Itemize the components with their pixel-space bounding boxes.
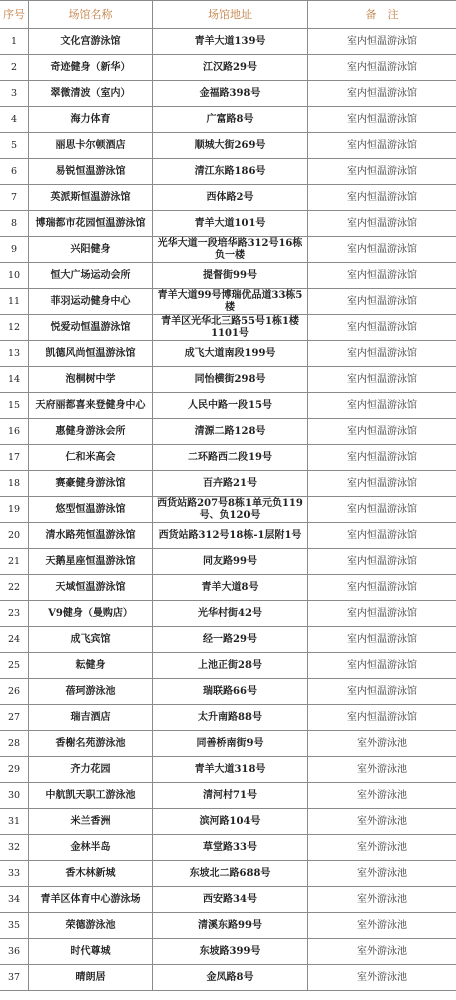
venue-address-cell: 金凤路8号 (153, 965, 308, 991)
table-row: 32金林半岛草堂路33号室外游泳池 (0, 835, 456, 861)
table-row: 35荣德游泳池清溪东路99号室外游泳池 (0, 913, 456, 939)
venue-name-cell: 赛豪健身游泳馆 (29, 471, 153, 497)
row-index: 36 (0, 939, 29, 965)
venue-address-cell: 清源二路128号 (153, 419, 308, 445)
row-index: 29 (0, 757, 29, 783)
venue-name-cell: 金林半岛 (29, 835, 153, 861)
row-index: 34 (0, 887, 29, 913)
row-index: 31 (0, 809, 29, 835)
venue-name-cell: 泡桐树中学 (29, 367, 153, 393)
venue-name-cell: 香木林新城 (29, 861, 153, 887)
note-cell: 室内恒温游泳馆 (308, 653, 456, 679)
venue-address-cell: 瑞联路66号 (153, 679, 308, 705)
venue-name-cell: 天府丽都喜来登健身中心 (29, 393, 153, 419)
table-row: 24成飞宾馆经一路29号室内恒温游泳馆 (0, 627, 456, 653)
note-cell: 室内恒温游泳馆 (308, 445, 456, 471)
venue-address-cell: 光华村街42号 (153, 601, 308, 627)
note-cell: 室内恒温游泳馆 (308, 237, 456, 263)
row-index: 18 (0, 471, 29, 497)
table-row: 14泡桐树中学同怡横街298号室内恒温游泳馆 (0, 367, 456, 393)
header-venue-address: 场馆地址 (153, 1, 308, 29)
venue-name-cell: 瑞吉酒店 (29, 705, 153, 731)
venue-address-cell: 西体路2号 (153, 185, 308, 211)
venue-address-cell: 西货站路312号18栋-1层附1号 (153, 523, 308, 549)
table-row: 21天鹅星座恒温游泳馆同友路99号室内恒温游泳馆 (0, 549, 456, 575)
row-index: 15 (0, 393, 29, 419)
row-index: 27 (0, 705, 29, 731)
table-row: 11菲羽运动健身中心青羊大道99号博瑞优品道33栋5楼室内恒温游泳馆 (0, 289, 456, 315)
venue-address-cell: 滨河路104号 (153, 809, 308, 835)
table-row: 30中航凯天职工游泳池清河村71号室外游泳池 (0, 783, 456, 809)
table-row: 22天域恒温游泳馆青羊大道8号室内恒温游泳馆 (0, 575, 456, 601)
row-index: 26 (0, 679, 29, 705)
venue-address-cell: 金福路398号 (153, 81, 308, 107)
row-index: 7 (0, 185, 29, 211)
table-row: 27瑞吉酒店太升南路88号室内恒温游泳馆 (0, 705, 456, 731)
note-cell: 室内恒温游泳馆 (308, 315, 456, 341)
venue-address-cell: 东坡路399号 (153, 939, 308, 965)
row-index: 4 (0, 107, 29, 133)
note-cell: 室内恒温游泳馆 (308, 419, 456, 445)
venue-name-cell: 耘健身 (29, 653, 153, 679)
header-note: 备 注 (308, 1, 456, 29)
venue-name-cell: 博瑞都市花园恒温游泳馆 (29, 211, 153, 237)
note-cell: 室外游泳池 (308, 809, 456, 835)
note-cell: 室内恒温游泳馆 (308, 107, 456, 133)
note-cell: 室内恒温游泳馆 (308, 627, 456, 653)
table-row: 8博瑞都市花园恒温游泳馆青羊大道101号室内恒温游泳馆 (0, 211, 456, 237)
note-cell: 室内恒温游泳馆 (308, 55, 456, 81)
table-row: 10恒大广场运动会所提督街99号室内恒温游泳馆 (0, 263, 456, 289)
venue-name-cell: 兴阳健身 (29, 237, 153, 263)
table-row: 28香榭名苑游泳池同善桥南街9号室外游泳池 (0, 731, 456, 757)
note-cell: 室外游泳池 (308, 965, 456, 991)
venue-name-cell: 英派斯恒温游泳馆 (29, 185, 153, 211)
row-index: 33 (0, 861, 29, 887)
table-row: 15天府丽都喜来登健身中心人民中路一段15号室内恒温游泳馆 (0, 393, 456, 419)
note-cell: 室外游泳池 (308, 887, 456, 913)
row-index: 23 (0, 601, 29, 627)
venue-name-cell: 蓓珂游泳池 (29, 679, 153, 705)
venue-name-cell: 晴朗居 (29, 965, 153, 991)
table-row: 16惠健身游泳会所清源二路128号室内恒温游泳馆 (0, 419, 456, 445)
row-index: 35 (0, 913, 29, 939)
row-index: 37 (0, 965, 29, 991)
venue-address-cell: 提督街99号 (153, 263, 308, 289)
row-index: 13 (0, 341, 29, 367)
venue-address-cell: 青羊大道101号 (153, 211, 308, 237)
note-cell: 室内恒温游泳馆 (308, 393, 456, 419)
venue-name-cell: 米兰香洲 (29, 809, 153, 835)
table-row: 19悠型恒温游泳馆西货站路207号8栋1单元负119号、负120号室内恒温游泳馆 (0, 497, 456, 523)
venue-address-cell: 青羊区光华北三路55号1栋1楼1101号 (153, 315, 308, 341)
note-cell: 室内恒温游泳馆 (308, 81, 456, 107)
table-row: 36时代尊城东坡路399号室外游泳池 (0, 939, 456, 965)
table-row: 9兴阳健身光华大道一段培华路312号16栋负一楼室内恒温游泳馆 (0, 237, 456, 263)
note-cell: 室内恒温游泳馆 (308, 471, 456, 497)
row-index: 12 (0, 315, 29, 341)
row-index: 11 (0, 289, 29, 315)
note-cell: 室外游泳池 (308, 731, 456, 757)
table-row: 20清水路苑恒温游泳馆西货站路312号18栋-1层附1号室内恒温游泳馆 (0, 523, 456, 549)
venue-address-cell: 人民中路一段15号 (153, 393, 308, 419)
row-index: 9 (0, 237, 29, 263)
venue-name-cell: 海力体育 (29, 107, 153, 133)
row-index: 28 (0, 731, 29, 757)
row-index: 1 (0, 29, 29, 55)
table-row: 29齐力花园青羊大道318号室外游泳池 (0, 757, 456, 783)
table-row: 34青羊区体育中心游泳场西安路34号室外游泳池 (0, 887, 456, 913)
venue-name-cell: 香榭名苑游泳池 (29, 731, 153, 757)
header-row: 序号 场馆名称 场馆地址 备 注 (0, 1, 456, 29)
note-cell: 室内恒温游泳馆 (308, 601, 456, 627)
table-row: 13凯德风尚恒温游泳馆成飞大道南段199号室内恒温游泳馆 (0, 341, 456, 367)
note-cell: 室外游泳池 (308, 939, 456, 965)
table-row: 18赛豪健身游泳馆百卉路21号室内恒温游泳馆 (0, 471, 456, 497)
venue-name-cell: 悦爱动恒温游泳馆 (29, 315, 153, 341)
note-cell: 室内恒温游泳馆 (308, 185, 456, 211)
row-index: 6 (0, 159, 29, 185)
note-cell: 室内恒温游泳馆 (308, 367, 456, 393)
row-index: 20 (0, 523, 29, 549)
note-cell: 室外游泳池 (308, 861, 456, 887)
venue-name-cell: 翠微清波（室内） (29, 81, 153, 107)
row-index: 2 (0, 55, 29, 81)
row-index: 10 (0, 263, 29, 289)
note-cell: 室内恒温游泳馆 (308, 523, 456, 549)
row-index: 16 (0, 419, 29, 445)
table-row: 12悦爱动恒温游泳馆青羊区光华北三路55号1栋1楼1101号室内恒温游泳馆 (0, 315, 456, 341)
row-index: 8 (0, 211, 29, 237)
venue-name-cell: 清水路苑恒温游泳馆 (29, 523, 153, 549)
venue-address-cell: 西安路34号 (153, 887, 308, 913)
row-index: 24 (0, 627, 29, 653)
venue-address-cell: 广富路8号 (153, 107, 308, 133)
note-cell: 室内恒温游泳馆 (308, 211, 456, 237)
venue-name-cell: 仁和米高会 (29, 445, 153, 471)
venue-address-cell: 同善桥南街9号 (153, 731, 308, 757)
table-row: 4海力体育广富路8号室内恒温游泳馆 (0, 107, 456, 133)
note-cell: 室内恒温游泳馆 (308, 29, 456, 55)
table-row: 31米兰香洲滨河路104号室外游泳池 (0, 809, 456, 835)
venue-name-cell: 时代尊城 (29, 939, 153, 965)
venue-name-cell: 易锐恒温游泳馆 (29, 159, 153, 185)
row-index: 25 (0, 653, 29, 679)
venue-address-cell: 东坡北二路688号 (153, 861, 308, 887)
venue-name-cell: 齐力花园 (29, 757, 153, 783)
note-cell: 室外游泳池 (308, 783, 456, 809)
venue-name-cell: 成飞宾馆 (29, 627, 153, 653)
venue-name-cell: 天鹅星座恒温游泳馆 (29, 549, 153, 575)
venue-address-cell: 清江东路186号 (153, 159, 308, 185)
venue-name-cell: V9健身（曼购店） (29, 601, 153, 627)
note-cell: 室内恒温游泳馆 (308, 133, 456, 159)
venue-name-cell: 菲羽运动健身中心 (29, 289, 153, 315)
venue-name-cell: 奇迹健身（新华） (29, 55, 153, 81)
table-row: 26蓓珂游泳池瑞联路66号室内恒温游泳馆 (0, 679, 456, 705)
note-cell: 室内恒温游泳馆 (308, 159, 456, 185)
table-row: 33香木林新城东坡北二路688号室外游泳池 (0, 861, 456, 887)
table-row: 2奇迹健身（新华）江汉路29号室内恒温游泳馆 (0, 55, 456, 81)
row-index: 3 (0, 81, 29, 107)
table-row: 25耘健身上池正街28号室内恒温游泳馆 (0, 653, 456, 679)
table-row: 7英派斯恒温游泳馆西体路2号室内恒温游泳馆 (0, 185, 456, 211)
table-row: 6易锐恒温游泳馆清江东路186号室内恒温游泳馆 (0, 159, 456, 185)
venue-address-cell: 草堂路33号 (153, 835, 308, 861)
venue-address-cell: 清溪东路99号 (153, 913, 308, 939)
row-index: 32 (0, 835, 29, 861)
row-index: 5 (0, 133, 29, 159)
row-index: 30 (0, 783, 29, 809)
note-cell: 室内恒温游泳馆 (308, 263, 456, 289)
header-index: 序号 (0, 1, 29, 29)
venue-name-cell: 丽思卡尔顿酒店 (29, 133, 153, 159)
note-cell: 室内恒温游泳馆 (308, 289, 456, 315)
row-index: 14 (0, 367, 29, 393)
note-cell: 室内恒温游泳馆 (308, 341, 456, 367)
venue-address-cell: 青羊大道99号博瑞优品道33栋5楼 (153, 289, 308, 315)
venue-name-cell: 惠健身游泳会所 (29, 419, 153, 445)
venue-address-cell: 同怡横街298号 (153, 367, 308, 393)
table-row: 17仁和米高会二环路西二段19号室内恒温游泳馆 (0, 445, 456, 471)
venue-name-cell: 凯德风尚恒温游泳馆 (29, 341, 153, 367)
note-cell: 室内恒温游泳馆 (308, 705, 456, 731)
venue-address-cell: 光华大道一段培华路312号16栋负一楼 (153, 237, 308, 263)
venue-address-cell: 经一路29号 (153, 627, 308, 653)
note-cell: 室外游泳池 (308, 835, 456, 861)
note-cell: 室内恒温游泳馆 (308, 497, 456, 523)
venue-address-cell: 清河村71号 (153, 783, 308, 809)
table-row: 3翠微清波（室内）金福路398号室内恒温游泳馆 (0, 81, 456, 107)
note-cell: 室外游泳池 (308, 757, 456, 783)
row-index: 22 (0, 575, 29, 601)
note-cell: 室外游泳池 (308, 913, 456, 939)
table-row: 37晴朗居金凤路8号室外游泳池 (0, 965, 456, 991)
venue-name-cell: 恒大广场运动会所 (29, 263, 153, 289)
header-venue-name: 场馆名称 (29, 1, 153, 29)
note-cell: 室内恒温游泳馆 (308, 679, 456, 705)
venue-name-cell: 文化宫游泳馆 (29, 29, 153, 55)
venue-address-cell: 百卉路21号 (153, 471, 308, 497)
venue-table: 序号 场馆名称 场馆地址 备 注 1文化宫游泳馆青羊大道139号室内恒温游泳馆2… (0, 0, 456, 991)
venue-name-cell: 青羊区体育中心游泳场 (29, 887, 153, 913)
venue-address-cell: 青羊大道8号 (153, 575, 308, 601)
venue-name-cell: 中航凯天职工游泳池 (29, 783, 153, 809)
venue-address-cell: 二环路西二段19号 (153, 445, 308, 471)
venue-name-cell: 荣德游泳池 (29, 913, 153, 939)
venue-address-cell: 太升南路88号 (153, 705, 308, 731)
row-index: 21 (0, 549, 29, 575)
venue-address-cell: 西货站路207号8栋1单元负119号、负120号 (153, 497, 308, 523)
table-row: 1文化宫游泳馆青羊大道139号室内恒温游泳馆 (0, 29, 456, 55)
venue-address-cell: 成飞大道南段199号 (153, 341, 308, 367)
venue-name-cell: 天域恒温游泳馆 (29, 575, 153, 601)
venue-address-cell: 青羊大道139号 (153, 29, 308, 55)
table-row: 23V9健身（曼购店）光华村街42号室内恒温游泳馆 (0, 601, 456, 627)
table-row: 5丽思卡尔顿酒店顺城大街269号室内恒温游泳馆 (0, 133, 456, 159)
note-cell: 室内恒温游泳馆 (308, 575, 456, 601)
row-index: 17 (0, 445, 29, 471)
note-cell: 室内恒温游泳馆 (308, 549, 456, 575)
venue-address-cell: 江汉路29号 (153, 55, 308, 81)
venue-address-cell: 上池正街28号 (153, 653, 308, 679)
venue-address-cell: 同友路99号 (153, 549, 308, 575)
row-index: 19 (0, 497, 29, 523)
venue-name-cell: 悠型恒温游泳馆 (29, 497, 153, 523)
venue-address-cell: 顺城大街269号 (153, 133, 308, 159)
venue-address-cell: 青羊大道318号 (153, 757, 308, 783)
table-body: 1文化宫游泳馆青羊大道139号室内恒温游泳馆2奇迹健身（新华）江汉路29号室内恒… (0, 29, 456, 991)
